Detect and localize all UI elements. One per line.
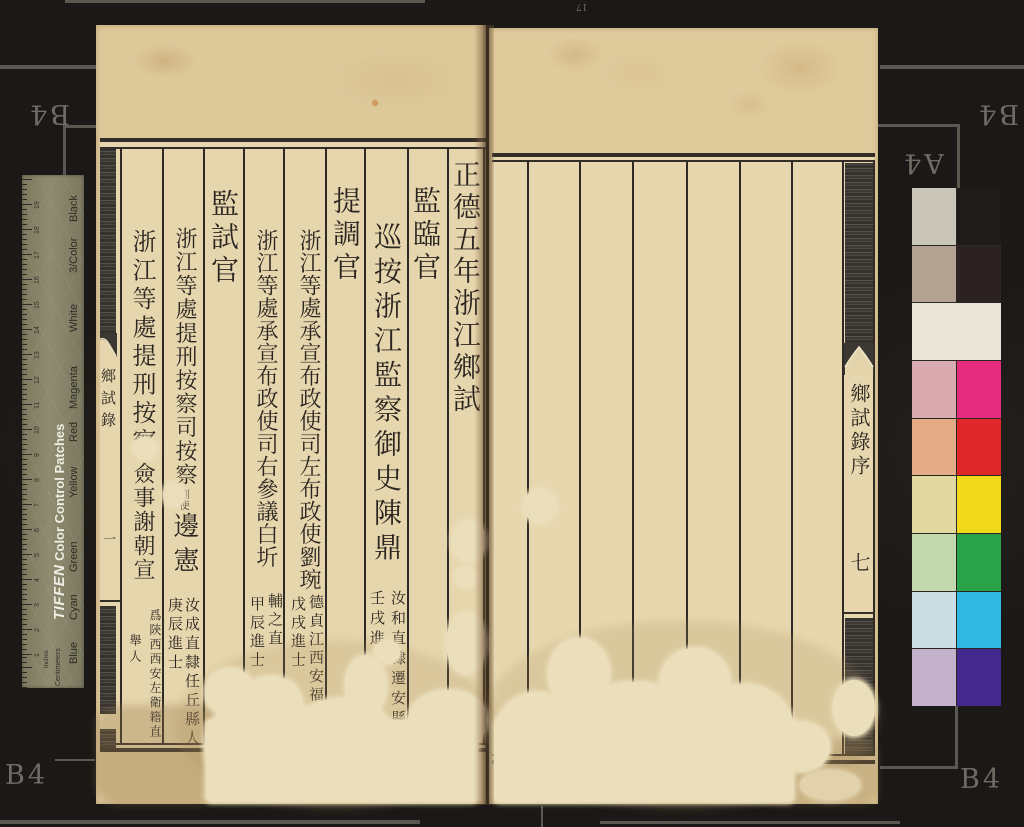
water-stain [240, 676, 302, 728]
water-stain [772, 722, 830, 772]
water-stain [133, 437, 157, 459]
water-stain [374, 640, 400, 664]
water-stain [833, 680, 875, 736]
book-gutter-shadow [474, 25, 494, 805]
water-stain [800, 770, 860, 800]
water-stain [523, 489, 557, 523]
water-stain [163, 483, 185, 507]
water-stain [345, 655, 387, 715]
scan-canvas: B4 B4 A4 B4 B4 17 1 2 3 4 5 6 7 8 9 10 1… [0, 0, 1024, 827]
water-damage-overlay [0, 0, 1024, 827]
